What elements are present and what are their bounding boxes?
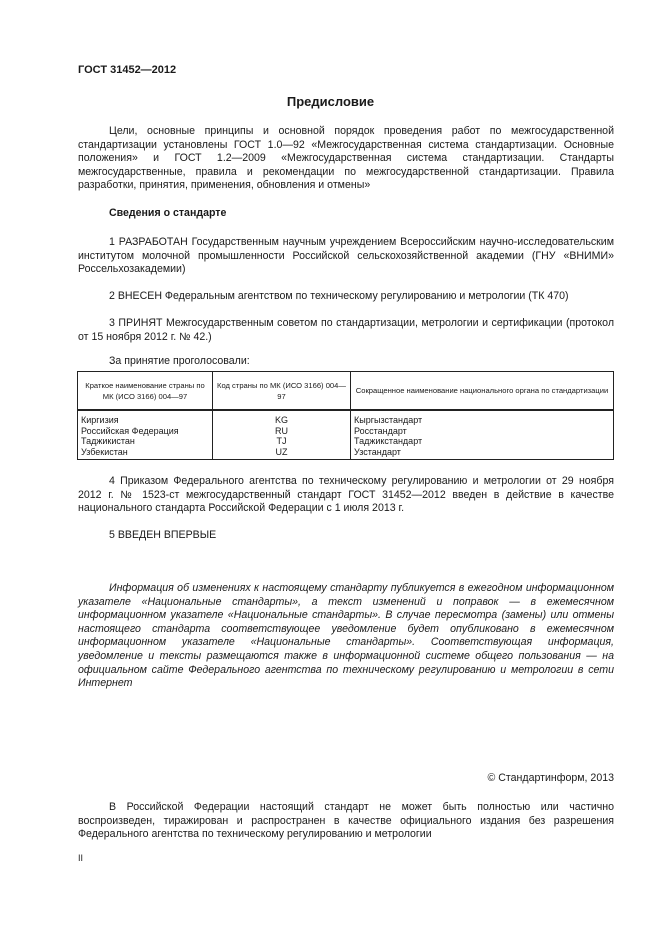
country-cell: Узбекистан bbox=[78, 447, 213, 460]
body-cell: Узстандарт bbox=[351, 447, 614, 460]
info-note: Информация об изменениях к настоящему ст… bbox=[78, 582, 614, 691]
code-cell: KG bbox=[213, 410, 351, 426]
page-title: Предисловие bbox=[0, 94, 661, 109]
item-3: 3 ПРИНЯТ Межгосударственным советом по с… bbox=[78, 317, 614, 344]
intro-paragraph: Цели, основные принципы и основной поряд… bbox=[78, 125, 614, 193]
body-cell: Росстандарт bbox=[351, 426, 614, 437]
item-5: 5 ВВЕДЕН ВПЕРВЫЕ bbox=[78, 529, 614, 543]
table-header-code: Код страны по МК (ИСО 3166) 004—97 bbox=[213, 372, 351, 411]
item-4: 4 Приказом Федерального агентства по тех… bbox=[78, 475, 614, 516]
code-cell: TJ bbox=[213, 436, 351, 447]
table-row: Российская Федерация RU Росстандарт bbox=[78, 426, 614, 437]
legal-note-text: В Российской Федерации настоящий стандар… bbox=[78, 801, 614, 840]
code-cell: UZ bbox=[213, 447, 351, 460]
vote-label: За принятие проголосовали: bbox=[109, 355, 250, 367]
country-cell: Таджикистан bbox=[78, 436, 213, 447]
table-header-body: Сокращенное наименование национального о… bbox=[351, 372, 614, 411]
body-cell: Кыргызстандарт bbox=[351, 410, 614, 426]
page-number: II bbox=[78, 853, 83, 863]
document-page: ГОСТ 31452—2012 Предисловие Цели, основн… bbox=[0, 0, 661, 936]
table-row: Таджикистан TJ Таджикстандарт bbox=[78, 436, 614, 447]
legal-note: В Российской Федерации настоящий стандар… bbox=[78, 801, 614, 842]
table-row: Киргизия KG Кыргызстандарт bbox=[78, 410, 614, 426]
info-note-text: Информация об изменениях к настоящему ст… bbox=[78, 582, 614, 689]
table-row: Узбекистан UZ Узстандарт bbox=[78, 447, 614, 460]
item-5-text: 5 ВВЕДЕН ВПЕРВЫЕ bbox=[109, 529, 216, 541]
voting-table: Краткое наименование страны по МК (ИСО 3… bbox=[77, 371, 614, 460]
table-header-country: Краткое наименование страны по МК (ИСО 3… bbox=[78, 372, 213, 411]
body-cell: Таджикстандарт bbox=[351, 436, 614, 447]
code-cell: RU bbox=[213, 426, 351, 437]
intro-text: Цели, основные принципы и основной поряд… bbox=[78, 125, 614, 191]
section-heading: Сведения о стандарте bbox=[109, 207, 226, 219]
item-2: 2 ВНЕСЕН Федеральным агентством по техни… bbox=[78, 290, 614, 304]
item-1-text: 1 РАЗРАБОТАН Государственным научным учр… bbox=[78, 236, 614, 275]
item-2-text: 2 ВНЕСЕН Федеральным агентством по техни… bbox=[109, 290, 569, 302]
document-code: ГОСТ 31452—2012 bbox=[78, 64, 176, 76]
item-3-text: 3 ПРИНЯТ Межгосударственным советом по с… bbox=[78, 317, 614, 343]
country-cell: Российская Федерация bbox=[78, 426, 213, 437]
country-cell: Киргизия bbox=[78, 410, 213, 426]
copyright: © Стандартинформ, 2013 bbox=[488, 772, 614, 784]
item-1: 1 РАЗРАБОТАН Государственным научным учр… bbox=[78, 236, 614, 277]
item-4-text: 4 Приказом Федерального агентства по тех… bbox=[78, 475, 614, 514]
